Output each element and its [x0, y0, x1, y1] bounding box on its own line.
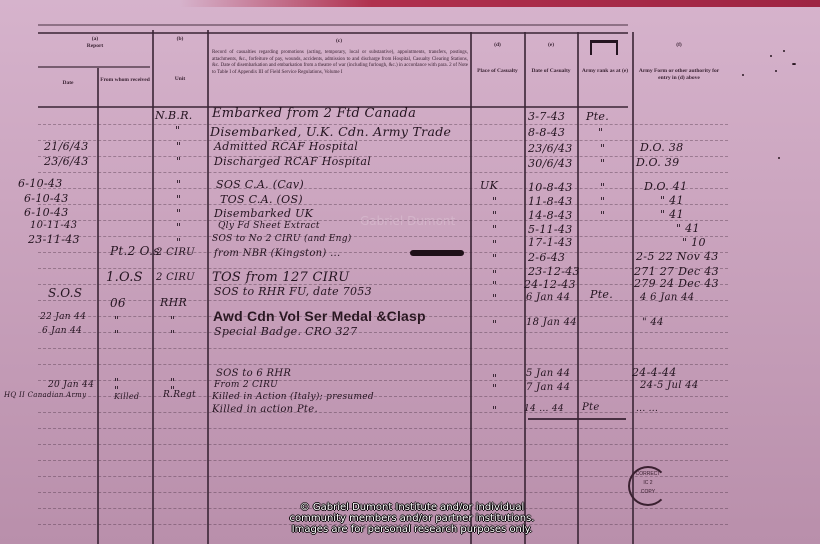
red-edge-band	[180, 0, 820, 7]
row-7-unit: "	[176, 221, 181, 234]
row-12-authority: 4 6 Jan 44	[640, 292, 694, 303]
row-18-unit: R.Regt	[163, 390, 196, 400]
row-11-date: S.O.S	[48, 286, 82, 300]
row-3-rank: "	[600, 157, 605, 170]
row-5-date-casualty: 11-8-43	[528, 195, 573, 208]
header-authority: Army Form or other authority for entry i…	[634, 68, 724, 81]
header-unit: Unit	[154, 76, 206, 83]
row-13-authority: " 44	[642, 317, 664, 328]
header-rank: Army rank as at (e)	[579, 68, 631, 75]
row-4-rank: "	[600, 181, 605, 194]
row-5-record: TOS C.A. (OS)	[220, 193, 303, 206]
row-13-date: 6 Jan 44	[42, 326, 82, 336]
row-18-place: "	[492, 404, 497, 417]
row-9-record: from NBR (Kingston) ...	[214, 248, 341, 259]
row-12-place: "	[492, 292, 497, 305]
row-4-place: UK	[480, 179, 498, 192]
row-7-date: 10-11-43	[30, 220, 77, 231]
col-divider-unit	[207, 30, 209, 544]
row-3-record: Discharged RCAF Hospital	[214, 155, 371, 168]
row-17-date: 20 Jan 44	[48, 380, 94, 390]
row-16-authority: 24-4-44	[632, 366, 677, 379]
row-0-date-casualty: 3-7-43	[528, 110, 565, 123]
report-subheader-line	[38, 66, 150, 68]
row-2-record: Admitted RCAF Hospital	[214, 140, 358, 153]
row-2-rank: "	[600, 142, 605, 155]
row-6-record: Disembarked UK	[214, 207, 313, 220]
row-1-rank: "	[598, 126, 603, 139]
row-6-unit: "	[176, 207, 181, 220]
row-1-unit: "	[175, 124, 180, 137]
row-17-record: From 2 CIRU	[214, 380, 278, 390]
row-13-date-casualty: 18 Jan 44	[526, 317, 577, 328]
row-9-date-casualty: 2-6-43	[528, 251, 565, 264]
row-11-date-casualty: 24-12-43	[524, 278, 576, 291]
row-11-unit: RHR	[160, 296, 187, 309]
underline-closing	[528, 418, 626, 420]
row-5-date: 6-10-43	[24, 192, 69, 205]
row-3-date-casualty: 30/6/43	[528, 157, 573, 170]
row-5-unit: "	[176, 193, 181, 206]
row-2-date-casualty: 23/6/43	[528, 142, 573, 155]
row-18-date: HQ II Canadian Army	[4, 391, 86, 399]
header-unit-letter: (b)	[154, 36, 206, 43]
header-place: Place of Casualty	[472, 68, 523, 75]
row-8-place: "	[492, 238, 497, 251]
row-4-date: 6-10-43	[18, 177, 63, 190]
row-8-date: 23-11-43	[28, 233, 80, 246]
correct-copy-stamp: CORRECT IC 2 COPY	[628, 466, 668, 506]
row-4-unit: "	[176, 178, 181, 191]
header-date: Date	[40, 80, 96, 87]
header-record: Record of casualties regarding promotion…	[212, 50, 468, 76]
row-3-date: 23/6/43	[44, 155, 89, 168]
row-18-record: Killed in Action (Italy); presumed	[212, 392, 374, 402]
row-18-from: Killed	[114, 392, 139, 401]
header-record-letter: (c)	[210, 38, 468, 45]
row-2-unit: "	[176, 140, 181, 153]
row-9-from: Pt.2 O.s	[110, 244, 160, 258]
row-13-unit: "	[170, 328, 175, 341]
row-3-unit: "	[176, 155, 181, 168]
row-9-place: "	[492, 252, 497, 265]
row-6-authority: " 41	[660, 208, 684, 221]
row-6-place: "	[492, 209, 497, 222]
row-6-date: 6-10-43	[24, 206, 69, 219]
row-4-authority: D.O. 41	[644, 180, 687, 193]
row-1-record: Disembarked, U.K. Cdn. Army Trade	[210, 124, 451, 139]
row-10-unit: 2 CIRU	[156, 272, 195, 283]
row-0-record: Embarked from 2 Ftd Canada	[212, 106, 416, 121]
row-7-date-casualty: 5-11-43	[528, 223, 573, 236]
row-4-record: SOS C.A. (Cav)	[216, 178, 304, 191]
redaction-scribble	[410, 250, 464, 256]
row-8-authority: " 10	[682, 236, 706, 249]
top-rule	[38, 24, 628, 26]
bracket-mark	[590, 40, 618, 55]
row-13-from: "	[114, 328, 119, 341]
header-date-casualty: Date of Casualty	[526, 68, 576, 75]
row-2-date: 21/6/43	[44, 140, 89, 153]
row-0-unit: N.B.R.	[155, 109, 193, 122]
row-12-unit: "	[170, 314, 175, 327]
header-place-letter: (d)	[472, 42, 523, 49]
row-1-date-casualty: 8-8-43	[528, 126, 565, 139]
col-divider-from	[152, 30, 154, 544]
header-top-line	[38, 32, 628, 34]
row-18-rank: Pte	[582, 402, 600, 413]
row-12-date: 22 Jan 44	[40, 312, 86, 322]
row-5-rank: "	[600, 195, 605, 208]
row-17-place: "	[492, 382, 497, 395]
row-5-place: "	[492, 195, 497, 208]
row-7-record: Qly Fd Sheet Extract	[218, 221, 320, 231]
copyright-watermark: © Gabriel Dumont Institute and/or indivi…	[262, 502, 562, 535]
row-12-from: "	[114, 314, 119, 327]
row-12-rank: Pte.	[590, 288, 613, 301]
row-12-date-casualty: 6 Jan 44	[526, 292, 570, 303]
row-10-from: 1.O.S	[106, 270, 143, 285]
row-11-place: "	[492, 279, 497, 292]
row-9-authority: 2-5 22 Nov 43	[636, 250, 719, 263]
row-5-authority: " 41	[660, 194, 684, 207]
row-13-record: Special Badge. CRO 327	[214, 325, 357, 338]
faint-watermark: Gabriel Dumont	[360, 214, 455, 228]
typed-medal-entry: Awd Cdn Vol Ser Medal &Clasp	[213, 308, 426, 324]
row-18-date-casualty: 14 ... 44	[524, 404, 564, 414]
row-7-authority: " 41	[676, 222, 700, 235]
row-3-authority: D.O. 39	[636, 156, 679, 169]
row-18-authority: ... ...	[636, 404, 658, 414]
header-from-whom: From whom received	[99, 77, 151, 84]
row-11-from: 06	[110, 296, 126, 310]
row-16-date-casualty: 5 Jan 44	[526, 368, 570, 379]
row-4-date-casualty: 10-8-43	[528, 181, 573, 194]
row-10-date-casualty: 23-12-43	[528, 265, 580, 278]
row-6-rank: "	[600, 209, 605, 222]
row-13-place: "	[492, 318, 497, 331]
row-2-authority: D.O. 38	[640, 141, 683, 154]
row-10-record: TOS from 127 CIRU	[212, 270, 350, 285]
row-11-record: SOS to RHR FU, date 7053	[214, 285, 372, 298]
row-17-authority: 24-5 Jul 44	[640, 380, 699, 391]
row-6-date-casualty: 14-8-43	[528, 209, 573, 222]
row-11-authority: 279 24 Dec 43	[634, 277, 719, 290]
document-photo: (a) Report Date From whom received (b) U…	[0, 0, 820, 544]
row-17-date-casualty: 7 Jan 44	[526, 382, 570, 393]
col-divider-date-casualty	[577, 32, 579, 544]
row-8-date-casualty: 17-1-43	[528, 236, 573, 249]
header-authority-letter: (f)	[634, 42, 724, 49]
row-7-place: "	[492, 223, 497, 236]
col-divider-record	[470, 32, 472, 544]
report-group-header: (a) Report	[40, 36, 150, 49]
row-8-record: SOS to No 2 CIRU (and Eng)	[212, 234, 352, 244]
row-0-rank: Pte.	[586, 110, 609, 123]
header-date-casualty-letter: (e)	[526, 42, 576, 49]
row-19-record: Killed in action Pte.	[212, 404, 318, 415]
row-16-record: SOS to 6 RHR	[216, 368, 291, 379]
row-9-unit: 2 CIRU	[156, 247, 195, 258]
